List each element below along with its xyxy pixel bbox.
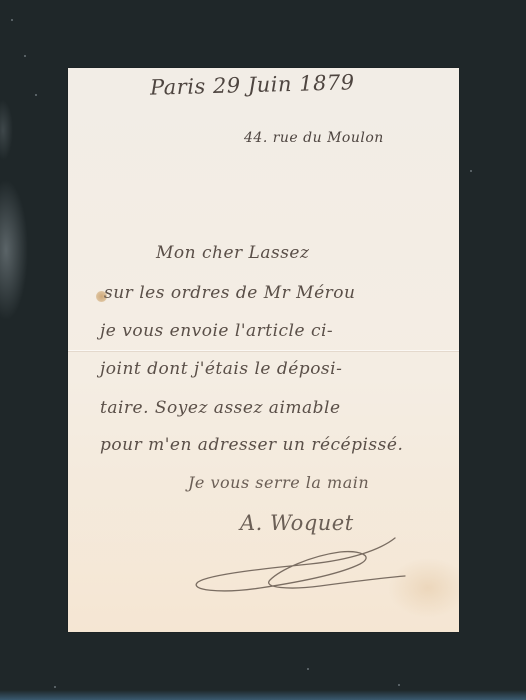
letter-date: Paris 29 Juin 1879: [150, 70, 355, 99]
letter-body-line: je vous envoie l'article ci-: [100, 321, 333, 341]
dust-speck: [470, 170, 472, 172]
letter-body-line: taire. Soyez assez aimable: [100, 398, 341, 418]
letter-salutation: Mon cher Lassez: [156, 243, 309, 263]
letter-closing: Je vous serre la main: [188, 473, 369, 492]
letter-paper: Paris 29 Juin 1879 44. rue du Moulon Mon…: [68, 68, 459, 632]
dust-speck: [11, 19, 13, 21]
dust-speck: [398, 684, 400, 686]
letter-body-line: joint dont j'étais le déposi-: [100, 359, 342, 379]
dust-speck: [54, 686, 56, 688]
paper-fold-line: [68, 350, 459, 351]
dust-speck: [307, 668, 309, 670]
letter-body-line: sur les ordres de Mr Mérou: [104, 283, 355, 303]
letter-body-line: pour m'en adresser un récépissé.: [100, 435, 403, 455]
dust-speck: [35, 94, 37, 96]
letter-address: 44. rue du Moulon: [244, 130, 384, 146]
dust-speck: [24, 55, 26, 57]
signature-flourish-icon: [190, 530, 420, 600]
